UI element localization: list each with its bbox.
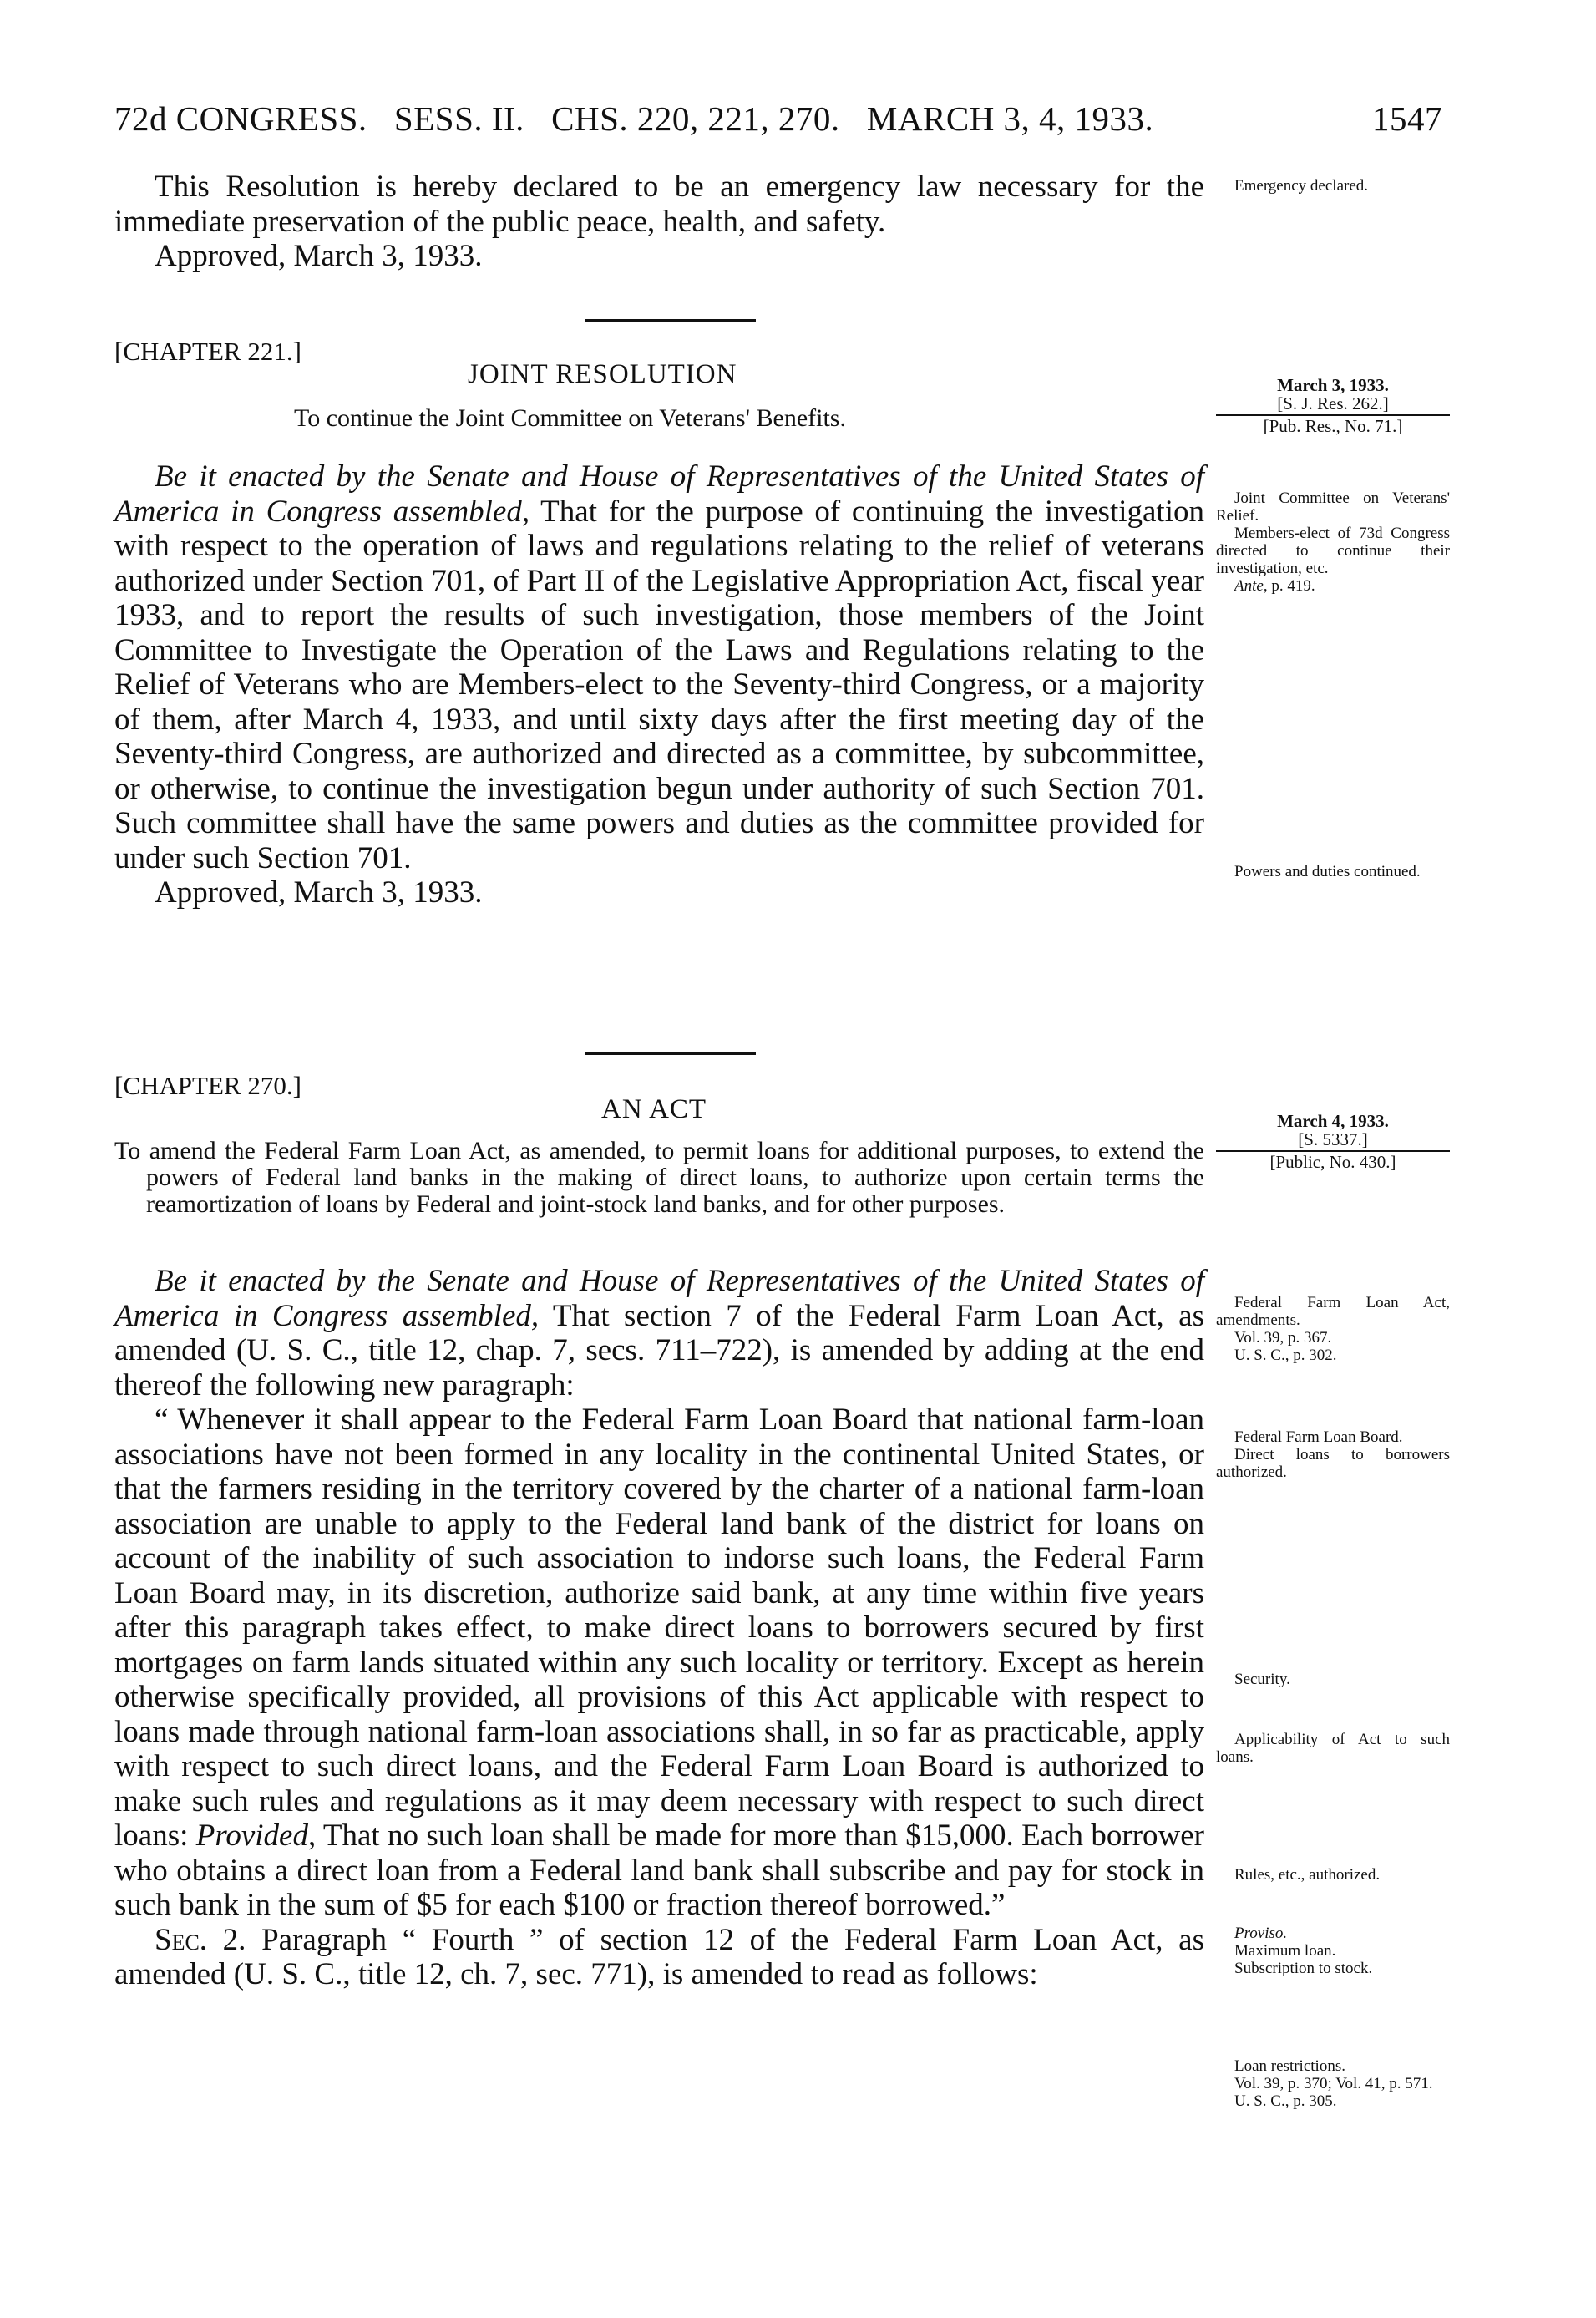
margin-bill-info-221: March 3, 1933. [S. J. Res. 262.] [Pub. R… [1216, 376, 1450, 435]
chapter-270-body: Be it enacted by the Senate and House of… [114, 1264, 1204, 1992]
margin-note-joint-committee: Joint Committee on Veterans' Relief. [1216, 489, 1450, 525]
margin-note-citation: U. S. C., p. 302. [1216, 1347, 1450, 1364]
act-purpose: To amend the Federal Farm Loan Act, as a… [114, 1138, 1204, 1218]
margin-note-text: Applicability of Act to such loans. [1216, 1731, 1450, 1766]
running-head: 72d CONGRESS. SESS. II. CHS. 220, 221, 2… [114, 99, 1442, 139]
margin-date: March 4, 1933. [1216, 1112, 1450, 1130]
chapter-heading: AN ACT [601, 1094, 707, 1125]
margin-note-citation: Vol. 39, p. 367. [1216, 1329, 1450, 1347]
resolution-paragraph: Be it enacted by the Senate and House of… [114, 459, 1204, 875]
section-2-body: Paragraph “ Fourth ” of section 12 of th… [114, 1923, 1204, 1992]
section-divider [585, 319, 756, 322]
margin-note-text: Rules, etc., authorized. [1216, 1866, 1450, 1884]
margin-note-security: Security. [1216, 1671, 1450, 1688]
margin-date: March 3, 1933. [1216, 376, 1450, 394]
section-2-paragraph: Sec. 2. Paragraph “ Fourth ” of section … [114, 1923, 1204, 1992]
page-number: 1547 [1372, 99, 1442, 139]
margin-note-ffla: Federal Farm Loan Act, amendments. [1216, 1294, 1450, 1329]
margin-notes-proviso: Proviso. Maximum loan. Subscription to s… [1216, 1925, 1450, 1977]
section-label: Sec. 2. [155, 1923, 246, 1957]
quoted-text-a: “ Whenever it shall appear to the Federa… [114, 1402, 1204, 1853]
resolution-body: That for the purpose of continuing the i… [114, 495, 1204, 875]
margin-notes-board: Federal Farm Loan Board. Direct loans to… [1216, 1428, 1450, 1481]
quoted-paragraph: “ Whenever it shall appear to the Federa… [114, 1402, 1204, 1923]
chapter-title: To continue the Joint Committee on Veter… [294, 404, 846, 433]
ante-label: Ante [1234, 577, 1264, 595]
margin-note-maximum-loan: Maximum loan. [1216, 1942, 1450, 1960]
chapter-221-body: Be it enacted by the Senate and House of… [114, 459, 1204, 910]
margin-note-rules: Rules, etc., authorized. [1216, 1866, 1450, 1884]
running-head-title: 72d CONGRESS. SESS. II. CHS. 220, 221, 2… [114, 99, 1153, 139]
statute-page: 72d CONGRESS. SESS. II. CHS. 220, 221, 2… [0, 0, 1596, 2318]
margin-note-text: Emergency declared. [1216, 177, 1450, 195]
margin-note-citation: Vol. 39, p. 370; Vol. 41, p. 571. [1216, 2075, 1450, 2092]
margin-note-text: Powers and duties continued. [1216, 863, 1450, 880]
margin-bill-number: [S. 5337.] [1216, 1130, 1450, 1149]
margin-note-ante: Ante, p. 419. [1216, 577, 1450, 595]
approved-line: Approved, March 3, 1933. [114, 875, 1204, 910]
section-1-paragraph: Be it enacted by the Senate and House of… [114, 1264, 1204, 1402]
chapter-label: [CHAPTER 221.] [114, 337, 301, 367]
margin-note-emergency: Emergency declared. [1216, 177, 1450, 195]
margin-bill-number: [S. J. Res. 262.] [1216, 394, 1450, 413]
margin-note-proviso: Proviso. [1216, 1925, 1450, 1942]
margin-bill-info-270: March 4, 1933. [S. 5337.] [Public, No. 4… [1216, 1112, 1450, 1171]
approved-line: Approved, March 3, 1933. [114, 239, 1204, 274]
section-divider [585, 1052, 756, 1055]
margin-note-subscription: Subscription to stock. [1216, 1960, 1450, 1977]
margin-public-number: [Pub. Res., No. 71.] [1216, 417, 1450, 435]
margin-public-number: [Public, No. 430.] [1216, 1153, 1450, 1171]
margin-note-direct-loans: Direct loans to borrowers authorized. [1216, 1446, 1450, 1481]
margin-note-members-elect: Members-elect of 73d Congress directed t… [1216, 525, 1450, 577]
ante-ref: , p. 419. [1264, 577, 1315, 595]
chapter-heading: JOINT RESOLUTION [468, 359, 737, 390]
margin-note-fflb: Federal Farm Loan Board. [1216, 1428, 1450, 1446]
margin-note-powers: Powers and duties continued. [1216, 863, 1450, 880]
margin-notes-221: Joint Committee on Veterans' Relief. Mem… [1216, 489, 1450, 595]
margin-note-text: Security. [1216, 1671, 1450, 1688]
margin-notes-ffla: Federal Farm Loan Act, amendments. Vol. … [1216, 1294, 1450, 1364]
margin-note-loan-restrictions: Loan restrictions. [1216, 2057, 1450, 2075]
chapter-220-tail: This Resolution is hereby declared to be… [114, 170, 1204, 274]
margin-notes-restrictions: Loan restrictions. Vol. 39, p. 370; Vol.… [1216, 2057, 1450, 2110]
proviso-word: Provided [196, 1818, 308, 1853]
emergency-paragraph: This Resolution is hereby declared to be… [114, 170, 1204, 239]
chapter-label: [CHAPTER 270.] [114, 1071, 301, 1101]
margin-note-citation: U. S. C., p. 305. [1216, 2092, 1450, 2110]
margin-note-applicability: Applicability of Act to such loans. [1216, 1731, 1450, 1766]
